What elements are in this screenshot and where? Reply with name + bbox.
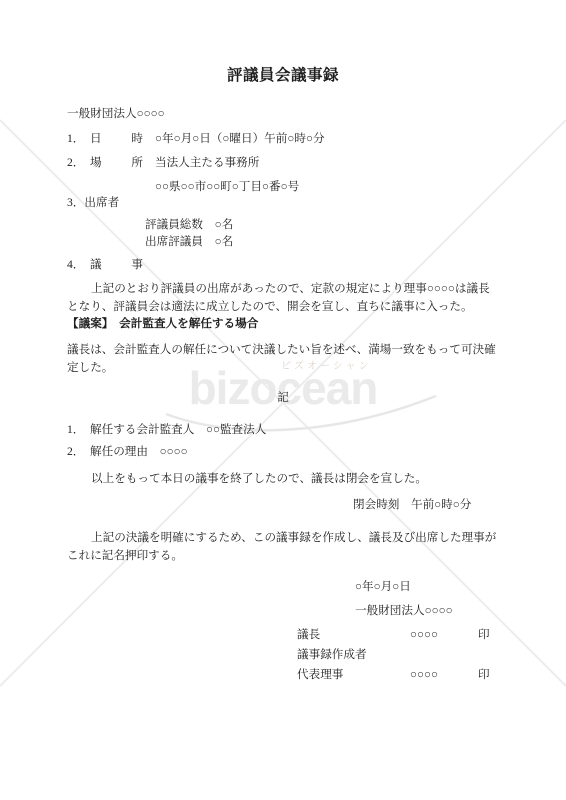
attestation-paragraph: 上記の決議を明確にするため、この議事録を作成し、議長及び出席した理事がこれに記名… (67, 529, 499, 564)
item-number: 1． (67, 131, 90, 147)
item-label: 日 時 (90, 131, 143, 147)
signature-company: 一般財団法人○○○○ (355, 603, 453, 619)
item-label: 議 事 (90, 257, 143, 273)
resolution-item-1: 1．解任する会計監査人 ○○監査法人 (67, 422, 266, 438)
item-proceedings-label: 4．議 事 (67, 257, 143, 273)
ki-marker: 記 (0, 390, 566, 406)
item-number: 2． (67, 444, 90, 460)
agenda-paragraph: 議長は、会計監査人の解任について決議したい旨を述べ、満場一致をもって可決確定した… (67, 341, 499, 376)
item-number: 1． (67, 422, 90, 438)
organization-name: 一般財団法人○○○○ (67, 106, 165, 122)
signature-role: 議長 (297, 627, 320, 643)
item-number: 2． (67, 155, 90, 171)
seal-mark: 印 (478, 627, 490, 643)
signature-name: ○○○○ (410, 627, 438, 643)
item-number: 4． (67, 257, 90, 273)
item-place-label: 2．場 所 (67, 155, 143, 171)
resolution-item-2: 2．解任の理由 ○○○○ (67, 444, 188, 460)
closing-sentence: 以上をもって本日の議事を終了したので、議長は閉会を宣した。 (67, 470, 499, 488)
resolution-text: 解任する会計監査人 ○○監査法人 (90, 423, 266, 436)
agenda-heading: 【議案】 会計監査人を解任する場合 (67, 316, 258, 332)
attendee-present: 出席評議員 ○名 (145, 234, 233, 250)
seal-mark: 印 (478, 667, 490, 683)
attendee-total: 評議員総数 ○名 (145, 217, 233, 233)
signature-name: ○○○○ (410, 667, 438, 683)
item-datetime-label: 1．日 時 (67, 131, 143, 147)
resolution-text: 解任の理由 ○○○○ (90, 445, 188, 458)
minutes-document-page: ビズオーシャン bizocean 評議員会議事録 一般財団法人○○○○ 1．日 … (0, 0, 566, 800)
item-attendees-label: 3．出席者 (67, 195, 119, 211)
item-label: 場 所 (90, 155, 143, 171)
signature-date: ○年○月○日 (355, 579, 411, 595)
document-title: 評議員会議事録 (0, 63, 566, 85)
item-datetime-value: ○年○月○日（○曜日）午前○時○分 (155, 131, 325, 147)
signature-role: 代表理事 (297, 667, 343, 683)
signature-role: 議事録作成者 (297, 647, 367, 663)
item-place-value: 当法人主たる事務所 (155, 155, 259, 171)
item-place-address: ○○県○○市○○町○丁目○番○号 (155, 179, 299, 195)
opening-paragraph: 上記のとおり評議員の出席があったので、定款の規定により理事○○○○は議長となり、… (67, 280, 499, 315)
closing-time: 閉会時刻 午前○時○分 (353, 497, 471, 513)
